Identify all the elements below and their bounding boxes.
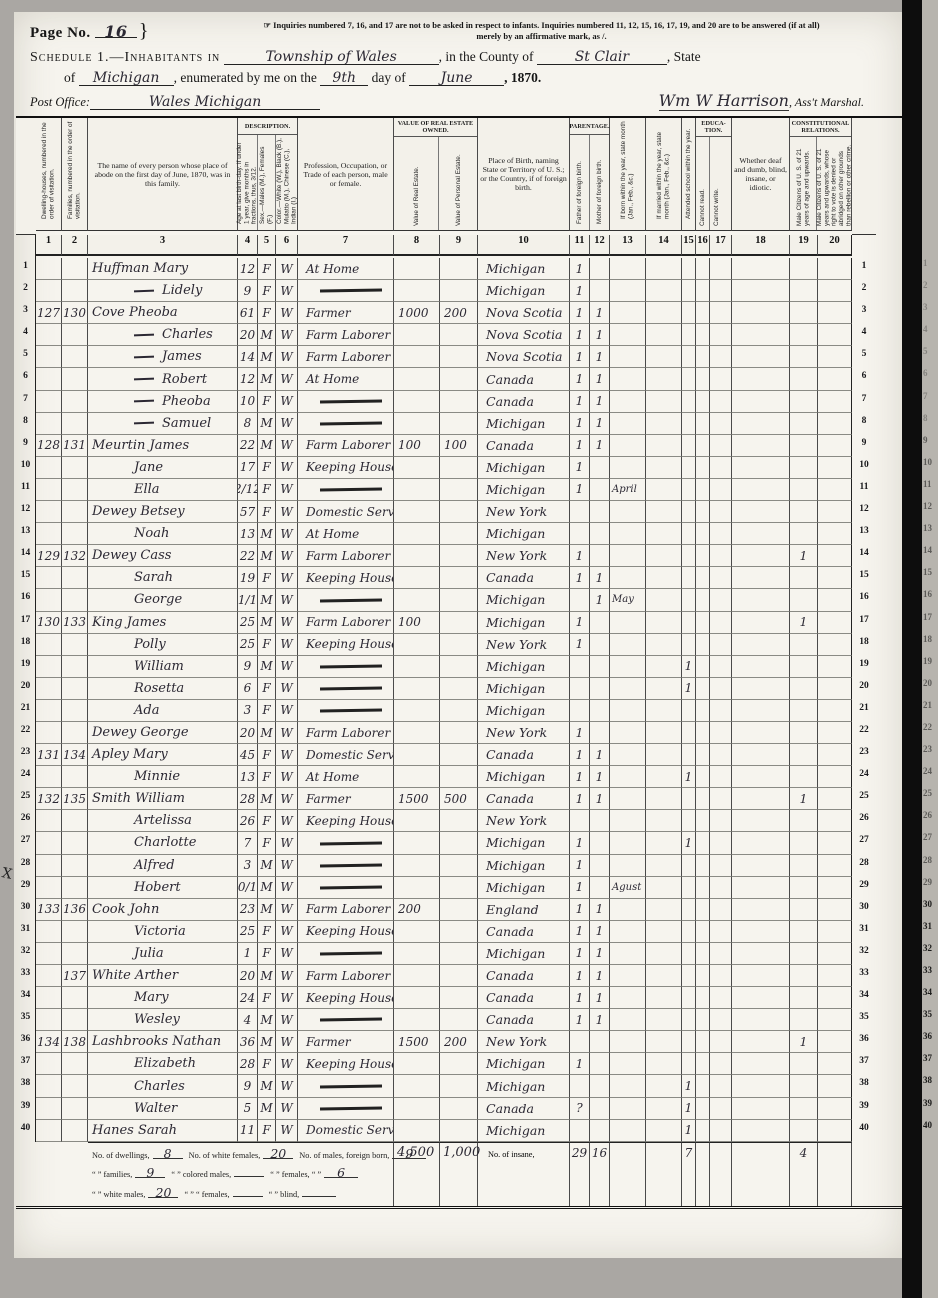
cell-mother-foreign <box>590 501 610 523</box>
edge-row-number: 32 <box>923 943 937 965</box>
cell-vote-denied <box>818 700 852 722</box>
occupation-dash <box>320 863 382 867</box>
cell-deaf-dumb-blind <box>732 832 790 854</box>
cell-birth-month: April <box>610 479 646 501</box>
cell-male-citizen <box>790 766 818 788</box>
line-number-right: 13 <box>852 523 876 545</box>
cell-real-estate-value <box>394 1009 440 1031</box>
cell-family-number <box>62 479 88 501</box>
cell-birth-month <box>610 457 646 479</box>
header-cell-col19: Male Citizens of U. S. of 21 years of ag… <box>790 137 817 230</box>
cell-deaf-dumb-blind <box>732 987 790 1009</box>
cell-color: W <box>276 700 298 722</box>
cell-cannot-read <box>696 346 710 368</box>
cell-birthplace: Michigan <box>478 413 570 435</box>
footer-value: 9 <box>146 1165 154 1180</box>
enum-day: 9th <box>332 70 356 86</box>
person-name-text: Victoria <box>134 924 186 939</box>
cell-dwelling-number <box>36 810 62 832</box>
cell-dwelling-number <box>36 1075 62 1097</box>
cell-occupation: Keeping House <box>298 634 394 656</box>
column-number-5: 5 <box>258 235 276 256</box>
cell-personal-estate-value <box>440 612 478 634</box>
census-row: 23131134Apley Mary45FWDomestic ServantCa… <box>16 744 902 766</box>
person-name-text: Charlotte <box>134 835 196 850</box>
occupation-text: Domestic Servant <box>306 505 394 519</box>
cell-age: 22 <box>238 435 258 457</box>
cell-sex: M <box>258 435 276 457</box>
cell-married-month <box>646 921 682 943</box>
occupation-dash <box>320 1106 382 1110</box>
header-cell-col1: Dwelling-houses, numbered in the order o… <box>36 118 62 231</box>
footer-personal-estate-total: 1,000 <box>440 1142 478 1206</box>
edge-row-number: 17 <box>923 612 937 634</box>
cell-occupation <box>298 1075 394 1097</box>
cell-male-citizen <box>790 501 818 523</box>
cell-sex: M <box>258 612 276 634</box>
cell-color: W <box>276 545 298 567</box>
line-number-right: 21 <box>852 700 876 722</box>
cell-occupation <box>298 1009 394 1031</box>
footer-empty <box>62 1142 88 1206</box>
cell-sex: M <box>258 545 276 567</box>
line-number-left: 17 <box>16 612 36 634</box>
edge-row-number: 25 <box>923 788 937 810</box>
column-group-parentage: Parentage.Father of foreign birth.Mother… <box>570 118 610 231</box>
cell-mother-foreign: 1 <box>590 766 610 788</box>
cell-occupation: Farm Laborer <box>298 612 394 634</box>
cell-occupation: Keeping House <box>298 987 394 1009</box>
cell-sex: F <box>258 280 276 302</box>
cell-occupation: Farm Laborer <box>298 965 394 987</box>
cell-cannot-read <box>696 501 710 523</box>
census-row: 40Hanes Sarah11FWDomestic ServantMichiga… <box>16 1120 902 1142</box>
edge-row-number: 10 <box>923 457 937 479</box>
cell-personal-estate-value <box>440 921 478 943</box>
cell-color: W <box>276 832 298 854</box>
footer-label: “ ” families, <box>92 1170 132 1179</box>
line-number-left: 4 <box>16 324 36 346</box>
line-number-left: 20 <box>16 678 36 700</box>
footer-value: 6 <box>337 1165 345 1180</box>
cell-real-estate-value <box>394 965 440 987</box>
cell-cannot-read <box>696 987 710 1009</box>
edge-row-number: 31 <box>923 921 937 943</box>
cell-deaf-dumb-blind <box>732 346 790 368</box>
cell-dwelling-number <box>36 368 62 390</box>
census-row: 25132135Smith William28MWFarmer1500500Ca… <box>16 788 902 810</box>
cell-mother-foreign <box>590 612 610 634</box>
cell-cannot-read <box>696 523 710 545</box>
person-name-text: Huffman Mary <box>92 261 188 276</box>
occupation-text: Farmer <box>306 792 351 806</box>
cell-vote-denied <box>818 877 852 899</box>
cell-married-month <box>646 656 682 678</box>
cell-father-foreign <box>570 589 590 611</box>
cell-attended-school: 1 <box>682 678 696 700</box>
cell-color: W <box>276 280 298 302</box>
cell-personal-estate-value <box>440 589 478 611</box>
line-number-right: 38 <box>852 1075 876 1097</box>
line-number-margin <box>852 235 876 258</box>
occupation-dash <box>320 488 382 492</box>
cell-birth-month: Agust <box>610 877 646 899</box>
footer-blank: 20 <box>148 1185 178 1198</box>
cell-attended-school <box>682 413 696 435</box>
column-number-19: 19 <box>790 235 818 256</box>
census-row: 39Walter5MWCanada?139 <box>16 1098 902 1120</box>
header-cell-col6: Color.—White (W.), Black (B.), Mulatto (… <box>276 135 298 230</box>
edge-row-number: 8 <box>923 413 937 435</box>
cell-cannot-write <box>710 1053 732 1075</box>
cell-married-month <box>646 1053 682 1075</box>
cell-vote-denied <box>818 965 852 987</box>
summary-footer-row: No. of dwellings,8No. of white females,2… <box>16 1142 902 1209</box>
census-row: 4Charles20MWFarm LaborerNova Scotia114 <box>16 324 902 346</box>
cell-family-number: 130 <box>62 302 88 324</box>
cell-birthplace: Michigan <box>478 589 570 611</box>
cell-person-name: Mary <box>88 987 238 1009</box>
column-number-16: 16 <box>696 235 710 256</box>
cell-occupation: Keeping House <box>298 457 394 479</box>
line-number-left: 14 <box>16 545 36 567</box>
cell-attended-school <box>682 479 696 501</box>
cell-cannot-write <box>710 744 732 766</box>
line-number-right: 34 <box>852 987 876 1009</box>
edge-row-number: 9 <box>923 435 937 457</box>
cell-father-foreign: 1 <box>570 280 590 302</box>
cell-birth-month <box>610 832 646 854</box>
census-row: 35Wesley4MWCanada1135 <box>16 1009 902 1031</box>
cell-color: W <box>276 567 298 589</box>
cell-deaf-dumb-blind <box>732 1053 790 1075</box>
cell-birthplace: Michigan <box>478 479 570 501</box>
cell-occupation: Domestic Servant <box>298 1120 394 1142</box>
township-value: Township of Wales <box>265 49 396 65</box>
group-title-parentage: Parentage. <box>570 118 609 135</box>
footer-mark: 29 <box>570 1142 590 1206</box>
cell-birthplace: Michigan <box>478 656 570 678</box>
footer-labels: No. of dwellings,8No. of white females,2… <box>88 1142 394 1206</box>
column-group-value: Value of Real Estate Owned.Value of Real… <box>394 118 478 231</box>
occupation-dash <box>320 885 382 889</box>
cell-dwelling-number <box>36 567 62 589</box>
cell-cannot-write <box>710 634 732 656</box>
line-number-left: 40 <box>16 1120 36 1142</box>
cell-male-citizen <box>790 523 818 545</box>
cell-cannot-read <box>696 1031 710 1053</box>
cell-dwelling-number <box>36 346 62 368</box>
cell-age: 28 <box>238 788 258 810</box>
occupation-text: Farmer <box>306 306 351 320</box>
cell-age: 9 <box>238 1075 258 1097</box>
cell-birth-month <box>610 324 646 346</box>
cell-cannot-write <box>710 501 732 523</box>
cell-deaf-dumb-blind <box>732 634 790 656</box>
cell-father-foreign: 1 <box>570 1053 590 1075</box>
person-name-text: Cook John <box>92 902 159 917</box>
census-row: 3127130Cove Pheoba61FWFarmer1000200Nova … <box>16 302 902 324</box>
cell-mother-foreign: 1 <box>590 413 610 435</box>
header-cell-col7: Profession, Occupation, or Trade of each… <box>298 118 394 231</box>
of-label: of <box>64 70 75 85</box>
cell-personal-estate-value <box>440 457 478 479</box>
cell-vote-denied <box>818 899 852 921</box>
cell-family-number <box>62 634 88 656</box>
cell-family-number: 134 <box>62 744 88 766</box>
cell-mother-foreign <box>590 810 610 832</box>
cell-male-citizen <box>790 324 818 346</box>
cell-personal-estate-value <box>440 965 478 987</box>
cell-male-citizen <box>790 1009 818 1031</box>
cell-attended-school <box>682 457 696 479</box>
cell-male-citizen <box>790 435 818 457</box>
cell-vote-denied <box>818 744 852 766</box>
cell-cannot-write <box>710 899 732 921</box>
cell-cannot-read <box>696 678 710 700</box>
cell-age: 19 <box>238 567 258 589</box>
cell-cannot-read <box>696 921 710 943</box>
instruction-note: ☞ Inquiries numbered 7, 16, and 17 are n… <box>153 20 894 43</box>
column-number-17: 17 <box>710 235 732 256</box>
edge-row-number: 4 <box>923 324 937 346</box>
cell-person-name: Dewey George <box>88 722 238 744</box>
column-group-description: Description.Age at last birth-day. If un… <box>238 118 298 231</box>
cell-age: 3 <box>238 855 258 877</box>
cell-mother-foreign: 1 <box>590 302 610 324</box>
cell-occupation: Domestic Servant <box>298 744 394 766</box>
cell-color: W <box>276 258 298 280</box>
cell-sex: F <box>258 479 276 501</box>
cell-family-number <box>62 766 88 788</box>
cell-vote-denied <box>818 921 852 943</box>
column-label-17: Cannot write. <box>712 137 721 229</box>
header-cell-col12: Mother of foreign birth. <box>590 135 609 230</box>
cell-father-foreign: 1 <box>570 766 590 788</box>
cell-real-estate-value <box>394 280 440 302</box>
day-of-label: day of <box>372 70 406 85</box>
footer-mark <box>732 1142 790 1206</box>
cell-sex: F <box>258 921 276 943</box>
cell-vote-denied <box>818 302 852 324</box>
line-number-right: 10 <box>852 457 876 479</box>
occupation-text: Farm Laborer <box>306 726 390 740</box>
column-group-constitutional: Constitutional Relations.Male Citizens o… <box>790 118 852 231</box>
cell-dwelling-number <box>36 678 62 700</box>
footer-mark: 4 <box>790 1142 818 1206</box>
edge-row-number: 33 <box>923 965 937 987</box>
cell-cannot-read <box>696 457 710 479</box>
edge-row-number: 37 <box>923 1053 937 1075</box>
cell-cannot-read <box>696 391 710 413</box>
cell-birthplace: Michigan <box>478 877 570 899</box>
cell-vote-denied <box>818 1031 852 1053</box>
line-number-left: 33 <box>16 965 36 987</box>
cell-person-name: Artelissa <box>88 810 238 832</box>
line-number-right: 6 <box>852 368 876 390</box>
line-number-right: 11 <box>852 479 876 501</box>
cell-color: W <box>276 1031 298 1053</box>
cell-color: W <box>276 965 298 987</box>
line-number-left: 16 <box>16 589 36 611</box>
footer-blank: 9 <box>135 1165 165 1178</box>
column-number-3: 3 <box>88 235 238 256</box>
cell-person-name: Walter <box>88 1098 238 1120</box>
column-label-15: Attended school within the year. <box>684 118 693 222</box>
cell-vote-denied <box>818 678 852 700</box>
cell-dwelling-number <box>36 877 62 899</box>
cell-birth-month <box>610 1053 646 1075</box>
footer-mark <box>696 1142 710 1206</box>
cell-person-name: King James <box>88 612 238 634</box>
cell-sex: M <box>258 965 276 987</box>
cell-birthplace: Michigan <box>478 1120 570 1142</box>
cell-cannot-read <box>696 413 710 435</box>
census-row: 38Charles9MWMichigan138 <box>16 1075 902 1097</box>
cell-father-foreign: 1 <box>570 324 590 346</box>
line-number-left: 34 <box>16 987 36 1009</box>
column-label-20: Male Citizens of U. S. of 21 years and u… <box>815 137 854 229</box>
line-number-right: 39 <box>852 1098 876 1120</box>
cell-dwelling-number <box>36 656 62 678</box>
cell-personal-estate-value <box>440 744 478 766</box>
cell-deaf-dumb-blind <box>732 766 790 788</box>
cell-dwelling-number <box>36 634 62 656</box>
cell-married-month <box>646 258 682 280</box>
cell-cannot-write <box>710 435 732 457</box>
cell-sex: M <box>258 877 276 899</box>
cell-personal-estate-value: 100 <box>440 435 478 457</box>
cell-birth-month <box>610 545 646 567</box>
cell-occupation: Keeping House <box>298 1053 394 1075</box>
cell-real-estate-value <box>394 1075 440 1097</box>
cell-married-month <box>646 1098 682 1120</box>
cell-color: W <box>276 788 298 810</box>
cell-birth-month <box>610 435 646 457</box>
cell-cannot-write <box>710 832 732 854</box>
occupation-text: Farm Laborer <box>306 438 390 452</box>
cell-deaf-dumb-blind <box>732 589 790 611</box>
footer-value: 20 <box>156 1185 172 1200</box>
cell-occupation <box>298 678 394 700</box>
line-number-left: 19 <box>16 656 36 678</box>
footer-mark: 16 <box>590 1142 610 1206</box>
occupation-text: Farm Laborer <box>306 350 390 364</box>
column-label-3: The name of every person whose place of … <box>88 118 237 230</box>
header-cell-col11: Father of foreign birth. <box>570 135 590 230</box>
cell-sex: M <box>258 656 276 678</box>
cell-married-month <box>646 899 682 921</box>
cell-real-estate-value <box>394 877 440 899</box>
cell-cannot-write <box>710 855 732 877</box>
person-name-text: Dewey George <box>92 725 189 740</box>
cell-cannot-write <box>710 612 732 634</box>
cell-occupation <box>298 391 394 413</box>
cell-personal-estate-value <box>440 656 478 678</box>
cell-married-month <box>646 678 682 700</box>
cell-real-estate-value <box>394 501 440 523</box>
person-name-text: Lashbrooks Nathan <box>92 1034 221 1049</box>
cell-deaf-dumb-blind <box>732 656 790 678</box>
cell-age: 9 <box>238 656 258 678</box>
occupation-text: At Home <box>306 527 359 541</box>
cell-vote-denied <box>818 391 852 413</box>
table-header-row: Dwelling-houses, numbered in the order o… <box>16 118 902 235</box>
cell-mother-foreign <box>590 1075 610 1097</box>
cell-cannot-read <box>696 280 710 302</box>
cell-age: 28 <box>238 1053 258 1075</box>
cell-occupation: At Home <box>298 523 394 545</box>
cell-color: W <box>276 722 298 744</box>
census-row: 12Dewey Betsey57FWDomestic ServantNew Yo… <box>16 501 902 523</box>
cell-deaf-dumb-blind <box>732 744 790 766</box>
cell-married-month <box>646 1075 682 1097</box>
cell-birthplace: Canada <box>478 965 570 987</box>
cell-birthplace: Canada <box>478 921 570 943</box>
line-number-right: 40 <box>852 1120 876 1142</box>
footer-label: No. of white females, <box>189 1151 261 1160</box>
cell-birth-month <box>610 678 646 700</box>
cell-personal-estate-value <box>440 1120 478 1142</box>
line-number-right: 25 <box>852 788 876 810</box>
cell-person-name: Ada <box>88 700 238 722</box>
person-name-text: Minnie <box>134 769 180 784</box>
cell-vote-denied <box>818 832 852 854</box>
cell-mother-foreign <box>590 479 610 501</box>
cell-person-name: Elizabeth <box>88 1053 238 1075</box>
cell-birth-month <box>610 612 646 634</box>
edge-row-number: 19 <box>923 656 937 678</box>
header-cell-col5: Sex.—Males (M.), Females (F.) <box>258 135 276 230</box>
enumeration-line: of Michigan, enumerated by me on the 9th… <box>64 70 894 86</box>
cell-color: W <box>276 368 298 390</box>
cell-sex: F <box>258 634 276 656</box>
cell-real-estate-value <box>394 1098 440 1120</box>
cell-color: W <box>276 943 298 965</box>
cell-birth-month <box>610 987 646 1009</box>
cell-birthplace: Canada <box>478 391 570 413</box>
person-name-text: Dewey Cass <box>92 548 171 563</box>
cell-sex: F <box>258 567 276 589</box>
cell-married-month <box>646 1120 682 1142</box>
cell-cannot-write <box>710 1120 732 1142</box>
cell-cannot-read <box>696 435 710 457</box>
cell-personal-estate-value <box>440 368 478 390</box>
cell-male-citizen: 1 <box>790 612 818 634</box>
cell-occupation: Farm Laborer <box>298 545 394 567</box>
cell-cannot-read <box>696 899 710 921</box>
group-cells-constitutional: Male Citizens of U. S. of 21 years of ag… <box>790 137 851 230</box>
cell-deaf-dumb-blind <box>732 855 790 877</box>
edge-row-number: 5 <box>923 346 937 368</box>
note-line-2: merely by an affirmative mark, as /. <box>193 31 890 42</box>
cell-birth-month <box>610 280 646 302</box>
page-header: Page No. 16} ☞ Inquiries numbered 7, 16,… <box>14 12 904 110</box>
cell-real-estate-value <box>394 413 440 435</box>
cell-family-number <box>62 810 88 832</box>
cell-birth-month <box>610 744 646 766</box>
cell-occupation: Farm Laborer <box>298 346 394 368</box>
cell-married-month <box>646 612 682 634</box>
census-row: 27Charlotte7FWMichigan1127 <box>16 832 902 854</box>
census-row: 22Dewey George20MWFarm LaborerNew York12… <box>16 722 902 744</box>
cell-deaf-dumb-blind <box>732 479 790 501</box>
cell-birthplace: New York <box>478 634 570 656</box>
footer-blank: 20 <box>263 1146 293 1159</box>
cell-mother-foreign: 1 <box>590 391 610 413</box>
cell-cannot-write <box>710 766 732 788</box>
cell-real-estate-value: 100 <box>394 435 440 457</box>
